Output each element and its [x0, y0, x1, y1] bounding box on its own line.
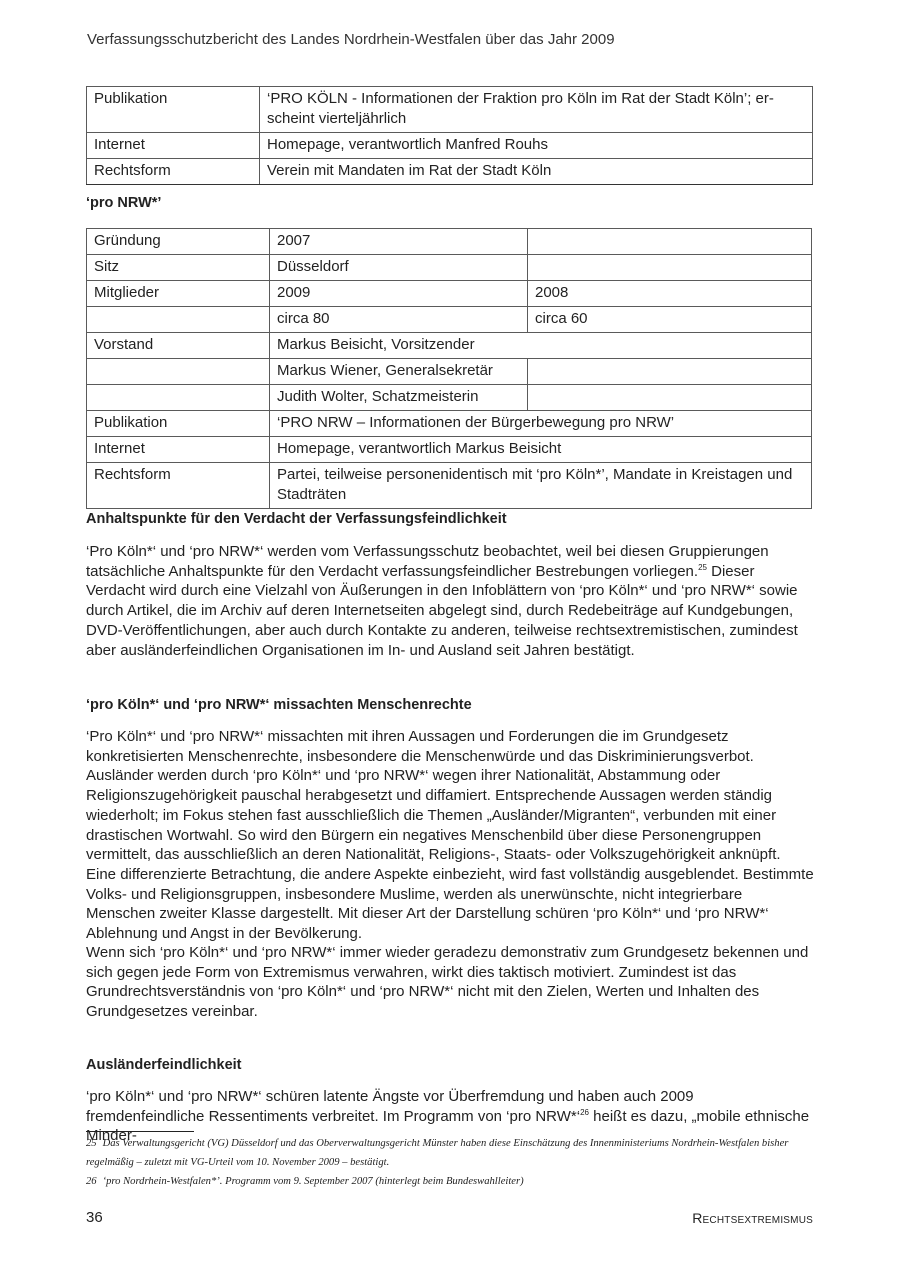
row-value: Markus Beisicht, Vorsitzender — [270, 333, 812, 359]
footnote-number: 26 — [86, 1176, 97, 1187]
row-label — [87, 307, 270, 333]
table-row: Publikation ‘PRO NRW – Informationen der… — [87, 411, 812, 437]
footnote-text: Das Verwaltungsgericht (VG) Düsseldorf u… — [86, 1138, 788, 1168]
row-label — [87, 359, 270, 385]
footnote-ref[interactable]: 26 — [580, 1108, 589, 1117]
footnote-divider — [86, 1131, 194, 1132]
row-label — [87, 385, 270, 411]
row-label: Publikation — [87, 411, 270, 437]
table-row: Judith Wolter, Schatzmeisterin — [87, 385, 812, 411]
row-value-extra — [528, 255, 812, 281]
row-label: Sitz — [87, 255, 270, 281]
row-value: Homepage, verantwortlich Manfred Rouhs — [260, 133, 813, 159]
table-row: Internet Homepage, verantwortlich Markus… — [87, 437, 812, 463]
row-value: circa 80 — [270, 307, 528, 333]
table-row: circa 80 circa 60 — [87, 307, 812, 333]
table-row: Rechtsform Partei, teilweise personenide… — [87, 463, 812, 509]
row-value-extra — [528, 229, 812, 255]
row-value: Markus Wiener, Generalsekretär — [270, 359, 528, 385]
row-value: ‘PRO KÖLN - Informationen der Fraktion p… — [260, 87, 813, 133]
row-value: 2009 — [270, 281, 528, 307]
row-value: 2007 — [270, 229, 528, 255]
row-value-extra — [528, 359, 812, 385]
table-row: Rechtsform Verein mit Mandaten im Rat de… — [87, 159, 813, 185]
row-label: Mitglieder — [87, 281, 270, 307]
body-paragraph: Wenn sich ‘pro Köln*‘ und ‘pro NRW*‘ imm… — [86, 943, 814, 1022]
section-heading: ‘pro Köln*‘ und ‘pro NRW*‘ missachten Me… — [86, 697, 472, 713]
row-label: Publikation — [87, 87, 260, 133]
row-value: Verein mit Mandaten im Rat der Stadt Köl… — [260, 159, 813, 185]
table-row: Gründung 2007 — [87, 229, 812, 255]
row-value-extra: circa 60 — [528, 307, 812, 333]
body-paragraph: ‘Pro Köln*‘ und ‘pro NRW*‘ missachten mi… — [86, 727, 814, 944]
body-paragraph: ‘Pro Köln*‘ und ‘pro NRW*‘ werden vom Ve… — [86, 542, 814, 660]
table-row: Publikation ‘PRO KÖLN - Informationen de… — [87, 87, 813, 133]
footnote: 26‘pro Nordrhein-Westfalen*’. Programm v… — [86, 1172, 814, 1191]
pro-nrw-info-table: Gründung 2007 Sitz Düsseldorf Mitglieder… — [86, 228, 812, 509]
footnote: 25Das Verwaltungsgericht (VG) Düsseldorf… — [86, 1134, 814, 1172]
row-label: Internet — [87, 133, 260, 159]
value-line: ‘PRO KÖLN - Informationen der Fraktion p… — [267, 90, 774, 107]
running-header: Verfassungsschutzbericht des Landes Nord… — [87, 31, 615, 48]
row-value-extra: 2008 — [528, 281, 812, 307]
row-label: Internet — [87, 437, 270, 463]
row-label: Rechtsform — [87, 159, 260, 185]
footer-section-title: Rechtsextremismus — [692, 1210, 813, 1226]
row-label: Gründung — [87, 229, 270, 255]
row-value: Düsseldorf — [270, 255, 528, 281]
table-row: Markus Wiener, Generalsekretär — [87, 359, 812, 385]
section-heading-pro-nrw: ‘pro NRW*’ — [86, 195, 161, 211]
row-value-extra — [528, 385, 812, 411]
footnote-number: 25 — [86, 1138, 97, 1149]
row-value: Partei, teilweise personenidentisch mit … — [270, 463, 812, 509]
section-heading: Anhaltspunkte für den Verdacht der Verfa… — [86, 511, 507, 527]
table-row: Mitglieder 2009 2008 — [87, 281, 812, 307]
section-heading: Ausländerfeindlichkeit — [86, 1057, 242, 1073]
row-value: Homepage, verantwortlich Markus Beisicht — [270, 437, 812, 463]
row-value: Judith Wolter, Schatzmeisterin — [270, 385, 528, 411]
table-row: Internet Homepage, verantwortlich Manfre… — [87, 133, 813, 159]
footnote-text: ‘pro Nordrhein-Westfalen*’. Programm vom… — [103, 1176, 524, 1187]
row-value: ‘PRO NRW – Informationen der Bürgerbeweg… — [270, 411, 812, 437]
table-row: Vorstand Markus Beisicht, Vorsitzender — [87, 333, 812, 359]
paragraph-text: ‘Pro Köln*‘ und ‘pro NRW*‘ werden vom Ve… — [86, 543, 769, 580]
footnote-ref[interactable]: 25 — [698, 563, 707, 572]
table-row: Sitz Düsseldorf — [87, 255, 812, 281]
value-line: scheint vierteljährlich — [267, 110, 406, 127]
row-label: Rechtsform — [87, 463, 270, 509]
pro-koeln-info-table: Publikation ‘PRO KÖLN - Informationen de… — [86, 86, 813, 185]
row-label: Vorstand — [87, 333, 270, 359]
page-number: 36 — [86, 1209, 103, 1226]
